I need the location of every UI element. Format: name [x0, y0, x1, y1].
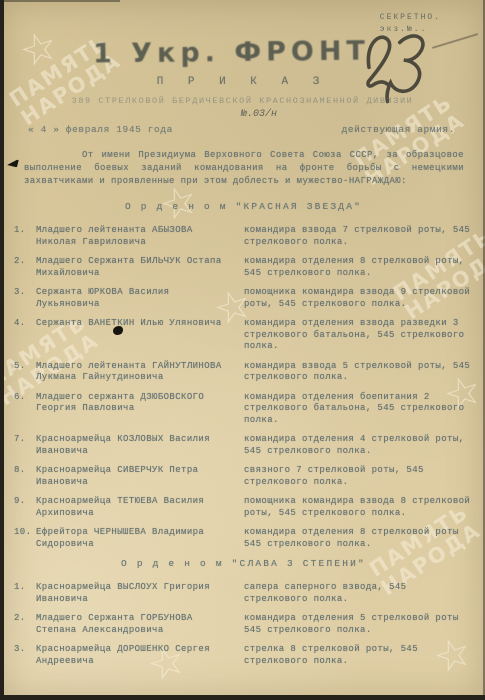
- entry-number: 5.: [14, 361, 36, 384]
- entry-number: 3.: [14, 644, 36, 667]
- entry-number: 9.: [14, 496, 36, 519]
- entry-role: командира отделения боепитания 2 стрелко…: [244, 392, 473, 427]
- division-title: 389 СТРЕЛКОВОЙ БЕРДИЧЕВСКОЙ КРАСНОЗНАМЕН…: [0, 96, 485, 106]
- entry-role: помощника командира взвода 8 стрелковой …: [244, 496, 473, 519]
- entry-name: Красноармейца СИВЕРЧУК Петра Ивановича: [36, 465, 244, 488]
- entry-role: сапера саперного взвода, 545 стрелкового…: [244, 582, 473, 605]
- award-entry: 8.Красноармейца СИВЕРЧУК Петра Ивановича…: [14, 465, 473, 488]
- award-sections: О р д е н о м "КРАСНАЯ ЗВЕЗДА"1.Младшего…: [14, 197, 473, 675]
- award-entry: 7.Красноармейца КОЗЛОВЫХ Василия Иванови…: [14, 434, 473, 457]
- entry-name: Красноармейца ДОРОШЕНКО Сергея Андреевич…: [36, 644, 244, 667]
- entry-name: Красноармейца ТЕТЮЕВА Василия Архиповича: [36, 496, 244, 519]
- entry-number: 1.: [14, 582, 36, 605]
- entry-name: Красноармейца ВЫСЛОУХ Григория Ивановича: [36, 582, 244, 605]
- entry-name: Красноармейца КОЗЛОВЫХ Василия Ивановича: [36, 434, 244, 457]
- award-entry: 1.Младшего лейтенанта АБЫЗОВА Николая Га…: [14, 225, 473, 248]
- army-label: действующая армия.: [342, 124, 455, 135]
- entry-role: командира отделения 8 стрелковой роты, 5…: [244, 256, 473, 279]
- section-heading: О р д е н о м "СЛАВА 3 СТЕПЕНИ": [14, 558, 473, 569]
- scan-edge-top: [0, 0, 120, 2]
- entry-name: Младшего Сержанта ГОРБУНОВА Степана Алек…: [36, 613, 244, 636]
- award-entry: 4.Сержанта ВАНЕТКИН Илью Уляновичакоманд…: [14, 318, 473, 353]
- entry-name: Младшего сержанта ДЗЮБОВСКОГО Георгия Па…: [36, 392, 244, 427]
- entry-name: Младшего лейтенанта ГАЙНУТЛИНОВА Лукмана…: [36, 361, 244, 384]
- award-entry: 9.Красноармейца ТЕТЮЕВА Василия Архипови…: [14, 496, 473, 519]
- section-heading: О р д е н о м "КРАСНАЯ ЗВЕЗДА": [14, 201, 473, 212]
- entry-number: 8.: [14, 465, 36, 488]
- order-date: « 4 » февраля 1945 года: [28, 124, 173, 135]
- entry-number: 6.: [14, 392, 36, 427]
- scan-edge-bottom: [0, 695, 485, 700]
- entry-role: командира отделения 5 стрелковой роты 54…: [244, 613, 473, 636]
- front-stamp: 1 Укр. ФРОНТ: [93, 36, 370, 70]
- order-number: №.03/н: [241, 109, 277, 120]
- award-entry: 6.Младшего сержанта ДЗЮБОВСКОГО Георгия …: [14, 392, 473, 427]
- award-entry: 3.Красноармейца ДОРОШЕНКО Сергея Андреев…: [14, 644, 473, 667]
- entry-number: 2.: [14, 613, 36, 636]
- classification-label: СЕКРЕТНО.: [380, 12, 441, 24]
- entry-name: Младшего Сержанта БИЛЬЧУК Остапа Михайло…: [36, 256, 244, 279]
- entry-number: 1.: [14, 225, 36, 248]
- entry-role: командира отделения 4 стрелковой роты, 5…: [244, 434, 473, 457]
- entry-role: стрелка 8 стрелковой роты, 545 стрелково…: [244, 644, 473, 667]
- entry-role: командира отделения 8 стрелковой роты 54…: [244, 527, 473, 550]
- entry-name: Ефрейтора ЧЕРНЫШЕВА Владимира Сидоровича: [36, 527, 244, 550]
- award-entry: 3.Сержанта ЮРКОВА Василия Лукьяновичапом…: [14, 287, 473, 310]
- entry-name: Сержанта ЮРКОВА Василия Лукьяновича: [36, 287, 244, 310]
- award-entry: 2.Младшего Сержанта ГОРБУНОВА Степана Ал…: [14, 613, 473, 636]
- date-row: « 4 » февраля 1945 года действующая арми…: [28, 124, 455, 135]
- entry-role: командира взвода 7 стрелковой роты, 545 …: [244, 225, 473, 248]
- document-page: { "page": { "classification": "СЕКРЕТНО.…: [0, 0, 485, 700]
- entry-name: Младшего лейтенанта АБЫЗОВА Николая Гавр…: [36, 225, 244, 248]
- award-entry: 1.Красноармейца ВЫСЛОУХ Григория Иванови…: [14, 582, 473, 605]
- entry-role: помощника командира взвода 9 стрелковой …: [244, 287, 473, 310]
- document-type-title: П Р И К А З: [0, 76, 485, 88]
- entry-role: командира отделения взвода разведки 3 ст…: [244, 318, 473, 353]
- entry-number: 10.: [14, 527, 36, 550]
- entry-name: Сержанта ВАНЕТКИН Илью Уляновича: [36, 318, 244, 353]
- award-entry: 2.Младшего Сержанта БИЛЬЧУК Остапа Михай…: [14, 256, 473, 279]
- preamble-paragraph: От имени Президиума Верховного Совета Со…: [24, 149, 464, 187]
- award-entry: 10.Ефрейтора ЧЕРНЫШЕВА Владимира Сидоров…: [14, 527, 473, 550]
- entry-number: 3.: [14, 287, 36, 310]
- entry-role: командира взвода 5 стрелковой роты, 545 …: [244, 361, 473, 384]
- entry-number: 7.: [14, 434, 36, 457]
- award-entry: 5.Младшего лейтенанта ГАЙНУТЛИНОВА Лукма…: [14, 361, 473, 384]
- entry-number: 4.: [14, 318, 36, 353]
- entry-role: связного 7 стрелковой роты, 545 стрелков…: [244, 465, 473, 488]
- entry-number: 2.: [14, 256, 36, 279]
